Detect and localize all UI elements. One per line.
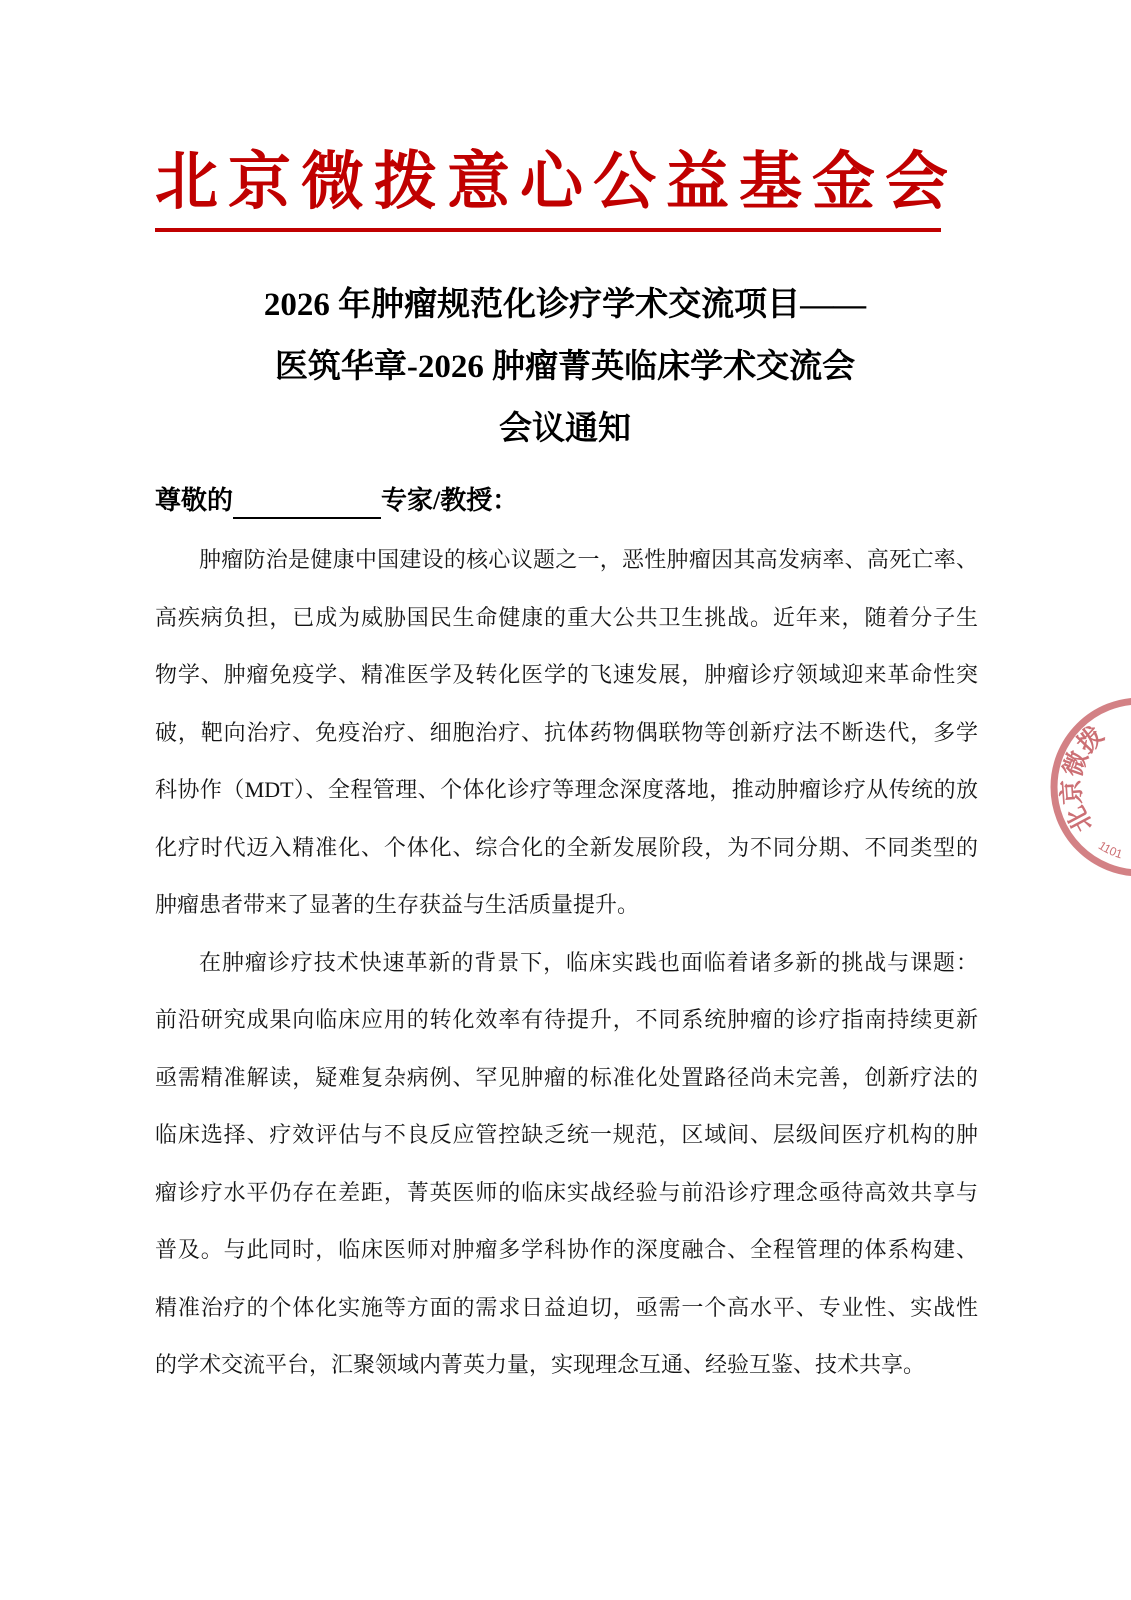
body-line: 化疗时代迈入精准化、个体化、综合化的全新发展阶段，为不同分期、不同类型的 [155, 819, 978, 877]
body-line: 临床选择、疗效评估与不良反应管控缺乏统一规范，区域间、层级间医疗机构的肿 [155, 1106, 978, 1164]
body-line: 科协作（MDT）、全程管理、个体化诊疗等理念深度落地，推动肿瘤诊疗从传统的放 [155, 761, 978, 819]
body-line: 肿瘤患者带来了显著的生存获益与生活质量提升。 [155, 876, 978, 934]
document-title-line-3: 会议通知 [155, 398, 975, 460]
body-line: 瘤诊疗水平仍存在差距，菁英医师的临床实战经验与前沿诊疗理念亟待高效共享与 [155, 1164, 978, 1222]
document-title-line-2: 医筑华章-2026 肿瘤菁英临床学术交流会 [155, 336, 975, 398]
salutation-prefix: 尊敬的 [155, 486, 233, 515]
body-line: 高疾病负担，已成为威胁国民生命健康的重大公共卫生挑战。近年来，随着分子生 [155, 589, 978, 647]
official-seal-stamp: 北京微拨 1101 [1014, 655, 1131, 925]
body-line: 破，靶向治疗、免疫治疗、细胞治疗、抗体药物偶联物等创新疗法不断迭代，多学 [155, 704, 978, 762]
document-title: 2026 年肿瘤规范化诊疗学术交流项目—— 医筑华章-2026 肿瘤菁英临床学术… [155, 274, 975, 460]
seal-ring-text: 北京微拨 [1056, 721, 1109, 837]
document-page: 北京微拨意心公益基金会 2026 年肿瘤规范化诊疗学术交流项目—— 医筑华章-2… [0, 0, 1131, 1600]
body-line: 精准治疗的个体化实施等方面的需求日益迫切，亟需一个高水平、专业性、实战性 [155, 1279, 978, 1337]
body-text: 肿瘤防治是健康中国建设的核心议题之一，恶性肿瘤因其高发病率、高死亡率、高疾病负担… [155, 531, 978, 1394]
body-line: 在肿瘤诊疗技术快速革新的背景下，临床实践也面临着诸多新的挑战与课题： [155, 934, 978, 992]
body-line: 肿瘤防治是健康中国建设的核心议题之一，恶性肿瘤因其高发病率、高死亡率、 [155, 531, 978, 589]
body-line: 的学术交流平台，汇聚领域内菁英力量，实现理念互通、经验互鉴、技术共享。 [155, 1336, 978, 1394]
letterhead-title: 北京微拨意心公益基金会 [155, 146, 941, 232]
seal-number: 1101 [1096, 838, 1125, 861]
body-line: 亟需精准解读，疑难复杂病例、罕见肿瘤的标准化处置路径尚未完善，创新疗法的 [155, 1049, 978, 1107]
body-line: 普及。与此同时，临床医师对肿瘤多学科协作的深度融合、全程管理的体系构建、 [155, 1221, 978, 1279]
body-line: 物学、肿瘤免疫学、精准医学及转化医学的飞速发展，肿瘤诊疗领域迎来革命性突 [155, 646, 978, 704]
name-blank-field [233, 489, 381, 519]
salutation-suffix: 专家/教授： [381, 486, 518, 515]
salutation-line: 尊敬的专家/教授： [155, 484, 518, 518]
body-line: 前沿研究成果向临床应用的转化效率有待提升，不同系统肿瘤的诊疗指南持续更新 [155, 991, 978, 1049]
document-title-line-1: 2026 年肿瘤规范化诊疗学术交流项目—— [155, 274, 975, 336]
